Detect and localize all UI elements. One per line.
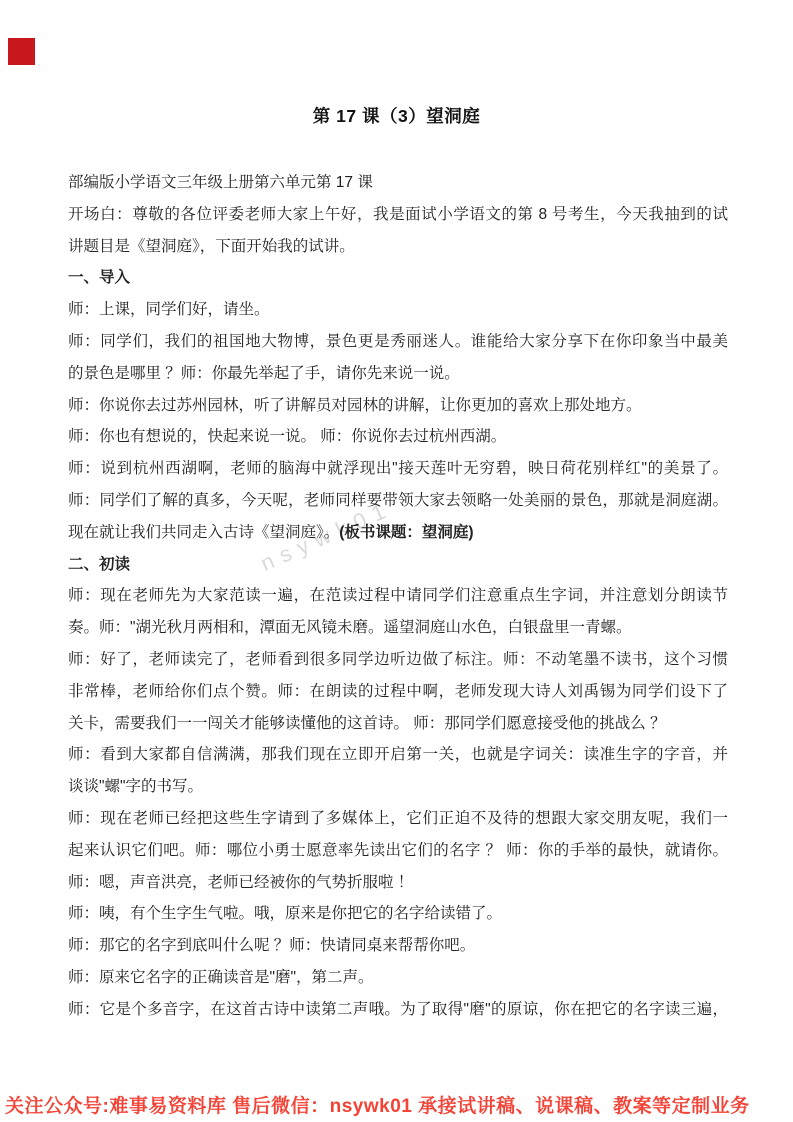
text-segment: 师：同学们，我们的祖国地大物博，景色更是秀丽迷人。谁能给大家分享下在你印象当中最… (68, 333, 728, 350)
text-line: 谈谈"螺"字的书写。 (68, 771, 728, 803)
text-segment: 师：现在老师已经把这些生字请到了多媒体上，它们正迫不及待的想跟大家交朋友呢，我们… (68, 810, 728, 827)
text-line: 开场白：尊敬的各位评委老师大家上午好，我是面试小学语文的第 8 号考生，今天我抽… (68, 199, 728, 231)
text-line: 师：说到杭州西湖啊，老师的脑海中就浮现出"接天莲叶无穷碧，映日荷花别样红"的美景… (68, 453, 728, 485)
red-square-logo (8, 38, 35, 65)
text-segment: 师：现在老师先为大家范读一遍，在范读过程中请同学们注意重点生字词，并注意划分朗读… (68, 587, 728, 604)
text-line: 师：你也有想说的，快起来说一说。 师：你说你去过杭州西湖。 (68, 421, 728, 453)
text-segment: 师：嗯，声音洪亮，老师已经被你的气势折服啦 ！ (68, 874, 413, 891)
text-line: 师：现在老师已经把这些生字请到了多媒体上，它们正迫不及待的想跟大家交朋友呢，我们… (68, 803, 728, 835)
text-line: 现在就让我们共同走入古诗《望洞庭》。(板书课题：望洞庭) (68, 517, 728, 549)
document-page: nsywk01 第 17 课（3）望洞庭 部编版小学语文三年级上册第六单元第 1… (0, 0, 793, 1122)
text-line: 师：它是个多音字，在这首古诗中读第二声哦。为了取得"磨"的原谅，你在把它的名字读… (68, 994, 728, 1026)
text-segment: 师：那它的名字到底叫什么呢 ？师：快请同桌来帮帮你吧。 (68, 937, 475, 954)
text-line: 部编版小学语文三年级上册第六单元第 17 课 (68, 167, 728, 199)
text-segment: 师：看到大家都自信满满，那我们现在立即开启第一关，也就是字词关：读准生字的字音，… (68, 746, 728, 763)
text-segment: 讲题目是《望洞庭》，下面开始我的试讲。 (68, 238, 355, 255)
text-segment: 师：它是个多音字，在这首古诗中读第二声哦。为了取得"磨"的原谅，你在把它的名字读… (68, 1001, 728, 1018)
document-body: 部编版小学语文三年级上册第六单元第 17 课开场白：尊敬的各位评委老师大家上午好… (68, 167, 728, 1026)
text-line: 讲题目是《望洞庭》，下面开始我的试讲。 (68, 231, 728, 263)
text-segment: 师：上课，同学们好，请坐。 (68, 301, 270, 318)
text-line: 二、初读 (68, 549, 728, 581)
text-line: 师：同学们，我们的祖国地大物博，景色更是秀丽迷人。谁能给大家分享下在你印象当中最… (68, 326, 728, 358)
text-segment: 一、导入 (68, 269, 130, 286)
text-segment: 师：说到杭州西湖啊，老师的脑海中就浮现出"接天莲叶无穷碧，映日荷花别样红"的美景… (68, 460, 728, 477)
text-segment: 师：你也有想说的，快起来说一说。 师：你说你去过杭州西湖。 (68, 428, 506, 445)
text-line: 师：嗯，声音洪亮，老师已经被你的气势折服啦 ！ (68, 867, 728, 899)
text-segment: 非常棒，老师给你们点个赞。师：在朗读的过程中啊，老师发现大诗人刘禹锡为同学们设下… (68, 683, 728, 700)
text-segment: 师：原来它名字的正确读音是"磨"，第二声。 (68, 969, 374, 986)
text-line: 师：看到大家都自信满满，那我们现在立即开启第一关，也就是字词关：读准生字的字音，… (68, 739, 728, 771)
text-segment: 谈谈"螺"字的书写。 (68, 778, 203, 795)
text-segment: 二、初读 (68, 556, 130, 573)
text-line: 师：上课，同学们好，请坐。 (68, 294, 728, 326)
text-line: 师：你说你去过苏州园林，听了讲解员对园林的讲解，让你更加的喜欢上那处地方。 (68, 390, 728, 422)
text-line: 的景色是哪里 ？师：你最先举起了手，请你先来说一说。 (68, 358, 728, 390)
text-line: 师：原来它名字的正确读音是"磨"，第二声。 (68, 962, 728, 994)
text-segment: (板书课题：望洞庭) (339, 524, 473, 541)
text-segment: 起来认识它们吧。师：哪位小勇士愿意率先读出它们的名字 ？ 师：你的手举的最快，就… (68, 842, 728, 859)
text-line: 关卡，需要我们一一闯关才能够读懂他的这首诗。 师：那同学们愿意接受他的挑战么 ？ (68, 708, 728, 740)
text-segment: 师：咦，有个生字生气啦。哦，原来是你把它的名字给读错了。 (68, 905, 502, 922)
text-segment: 师：你说你去过苏州园林，听了讲解员对园林的讲解，让你更加的喜欢上那处地方。 (68, 397, 642, 414)
text-line: 师：同学们了解的真多，今天呢，老师同样要带领大家去领略一处美丽的景色，那就是洞庭… (68, 485, 728, 517)
text-line: 师：咦，有个生字生气啦。哦，原来是你把它的名字给读错了。 (68, 898, 728, 930)
text-segment: 奏。师："湖光秋月两相和，潭面无风镜未磨。遥望洞庭山水色，白银盘里一青螺。 (68, 619, 632, 636)
text-segment: 现在就让我们共同走入古诗《望洞庭》。 (68, 524, 339, 541)
footer-promo-text: 关注公众号:难事易资料库 售后微信：nsywk01 承接试讲稿、说课稿、教案等定… (0, 1091, 793, 1118)
text-segment: 部编版小学语文三年级上册第六单元第 17 课 (68, 174, 373, 191)
text-segment: 师：好了，老师读完了，老师看到很多同学边听边做了标注。师：不动笔墨不读书，这个习… (68, 651, 728, 668)
text-segment: 关卡，需要我们一一闯关才能够读懂他的这首诗。 师：那同学们愿意接受他的挑战么 ？ (68, 715, 666, 732)
text-line: 起来认识它们吧。师：哪位小勇士愿意率先读出它们的名字 ？ 师：你的手举的最快，就… (68, 835, 728, 867)
text-line: 一、导入 (68, 262, 728, 294)
text-segment: 师：同学们了解的真多，今天呢，老师同样要带领大家去领略一处美丽的景色，那就是洞庭… (68, 492, 728, 509)
text-segment: 的景色是哪里 ？师：你最先举起了手，请你先来说一说。 (68, 365, 460, 382)
page-title: 第 17 课（3）望洞庭 (0, 103, 793, 128)
text-line: 师：现在老师先为大家范读一遍，在范读过程中请同学们注意重点生字词，并注意划分朗读… (68, 580, 728, 612)
text-line: 师：好了，老师读完了，老师看到很多同学边听边做了标注。师：不动笔墨不读书，这个习… (68, 644, 728, 676)
text-line: 师：那它的名字到底叫什么呢 ？师：快请同桌来帮帮你吧。 (68, 930, 728, 962)
text-line: 非常棒，老师给你们点个赞。师：在朗读的过程中啊，老师发现大诗人刘禹锡为同学们设下… (68, 676, 728, 708)
text-line: 奏。师："湖光秋月两相和，潭面无风镜未磨。遥望洞庭山水色，白银盘里一青螺。 (68, 612, 728, 644)
text-segment: 开场白：尊敬的各位评委老师大家上午好，我是面试小学语文的第 8 号考生，今天我抽… (68, 206, 728, 223)
